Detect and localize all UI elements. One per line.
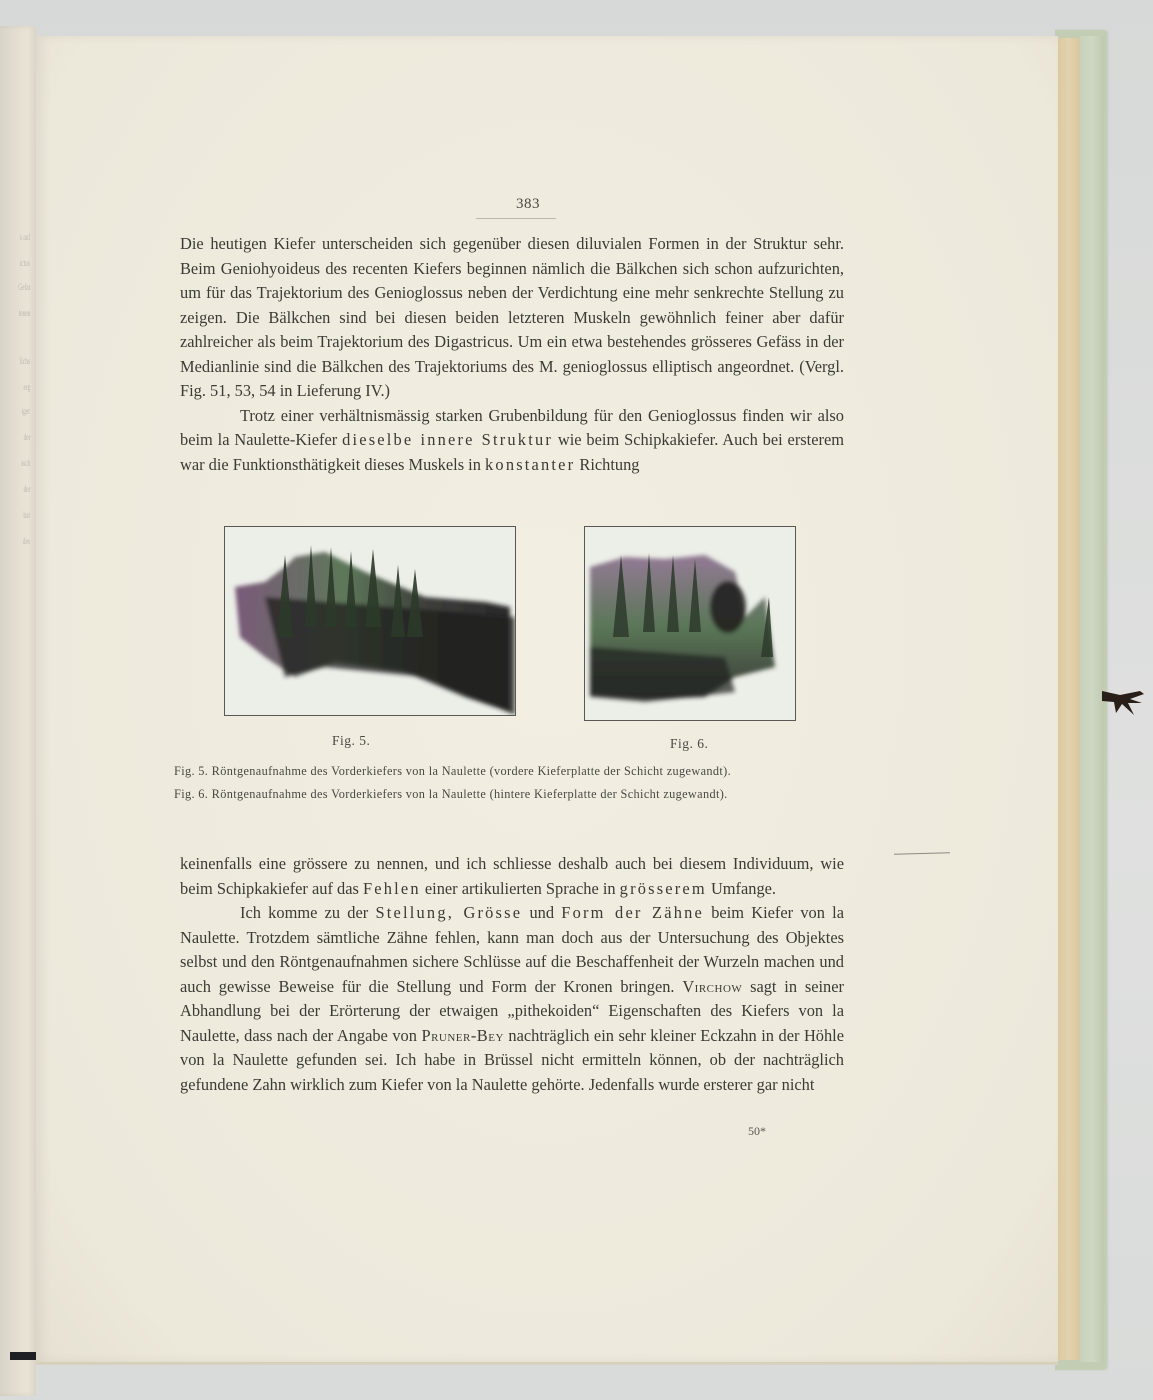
author-name: Virchow [682, 977, 742, 996]
paragraph: Ich komme zu der Stellung, Grösse und Fo… [180, 901, 844, 1097]
figure-6-xray [584, 526, 796, 721]
emphasis-spaced: dieselbe innere Struktur [342, 430, 553, 449]
figure-6-label: Fig. 6. [670, 736, 708, 752]
figure-5-label: Fig. 5. [332, 733, 370, 749]
emphasis-spaced: Fehlen [363, 879, 421, 898]
figure-6-caption: Fig. 6. Röntgenaufnahme des Vorderkiefer… [174, 787, 854, 802]
emphasis-spaced: Stellung, Grösse [375, 903, 522, 922]
figure-5-caption: Fig. 5. Röntgenaufnahme des Vorderkiefer… [174, 764, 854, 779]
emphasis-spaced: konstanter [485, 455, 575, 474]
book-page: 383 Die heutigen Kiefer unterscheiden si… [36, 36, 1058, 1364]
page-number: 383 [500, 196, 556, 213]
paragraph: Trotz einer verhältnismässig starken Gru… [180, 404, 844, 478]
facing-page-edge: s auf ictus Gefar tenen lichs erg iger d… [0, 26, 36, 1396]
author-name: Pruner-Bey [421, 1026, 503, 1045]
printer-signature: 50* [748, 1124, 766, 1139]
xray-jaw-image [585, 527, 795, 720]
bookmark-ribbon-icon [1100, 685, 1146, 719]
paragraph: Die heutigen Kiefer unterscheiden sich g… [180, 232, 844, 404]
paragraph: keinenfalls eine grössere zu nennen, und… [180, 852, 844, 901]
xray-jaw-image [225, 527, 515, 715]
text-block-bottom: keinenfalls eine grössere zu nennen, und… [180, 852, 844, 1097]
emphasis-spaced: Form der Zähne [561, 903, 704, 922]
text-block-top: Die heutigen Kiefer unterscheiden sich g… [180, 232, 844, 477]
figure-5-xray [224, 526, 516, 716]
book-board-tan [1058, 38, 1080, 1360]
page-number-rule [476, 218, 556, 219]
emphasis-spaced: grösserem [620, 879, 707, 898]
